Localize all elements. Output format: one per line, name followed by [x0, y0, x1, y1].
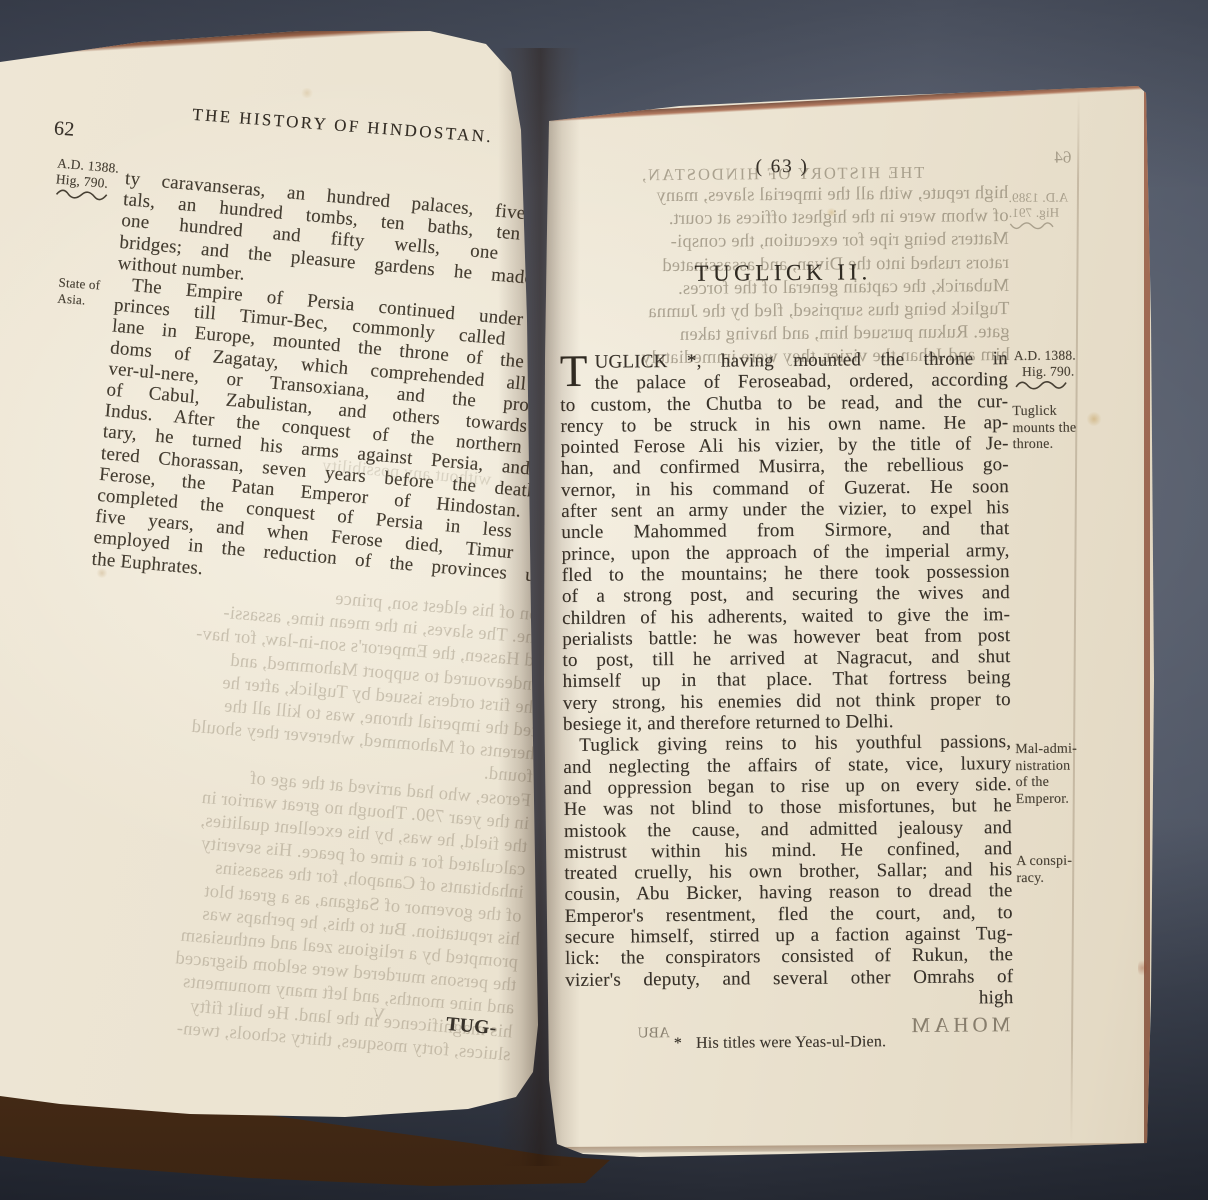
- ghost-page-number: 64: [1054, 148, 1072, 168]
- page-header: ( 63 ): [556, 154, 1008, 180]
- text-line: high: [565, 987, 1013, 1012]
- page-edge: [556, 1143, 1148, 1153]
- margin-note-throne: Tuglickmounts thethrone.: [1012, 403, 1076, 453]
- catchword: TUG-: [445, 1014, 497, 1040]
- text-line: very strong, his enemies did not think p…: [563, 689, 1011, 714]
- page-edge: [549, 83, 1145, 122]
- margin-note-maladministration: Mal-admi-nistrationof theEmperor.: [1015, 741, 1077, 808]
- right-page-body-text: T UGLICK *, having mounted the throne in…: [560, 348, 1014, 1012]
- show-through-ghost-text: son of his eldest son, princeone. The sl…: [101, 572, 547, 1067]
- page-number: 62: [53, 117, 75, 141]
- page-edge: [0, 19, 485, 57]
- running-head: THE HISTORY OF HINDOSTAN.: [192, 105, 494, 148]
- text-line: Mal-admi-: [1015, 741, 1077, 758]
- text-line: A conspi-: [1016, 854, 1072, 871]
- margin-note-lines: A.D. 1388.Hig, 790.: [55, 155, 119, 191]
- chapter-heading: TUGLICK II.: [557, 258, 1009, 288]
- ghost-margin-lines: A.D. 1389.Hig. 791.: [1008, 190, 1068, 221]
- margin-note-date: A.D. 1388. Hig. 790.: [1014, 347, 1076, 390]
- text-line: mounts the: [1012, 420, 1076, 437]
- footnote: *His titles were Yeas-ul-Dien.: [674, 1033, 887, 1053]
- text-line: of the: [1015, 774, 1077, 791]
- margin-note-conspiracy: A conspi-racy.: [1016, 854, 1072, 887]
- text-line: nistration: [1015, 758, 1077, 775]
- text-line: vizier's deputy, and several other Omrah…: [565, 966, 1013, 991]
- margin-note-lines: State ofAsia.: [57, 275, 101, 309]
- margin-note-state: State ofAsia.: [57, 275, 101, 309]
- text-line: Asia.: [57, 290, 100, 308]
- text-line: Emperor.: [1016, 791, 1078, 808]
- footnote-text: His titles were Yeas-ul-Dien.: [696, 1033, 886, 1052]
- right-page-content: THE HISTORY OF HINDOSTAN, 64 A.D. 1389.H…: [556, 145, 1164, 1070]
- margin-note-line: A.D. 1388.: [1014, 347, 1076, 363]
- text-line: A.D. 1389.: [1008, 190, 1068, 206]
- ghost-margin-note: A.D. 1389.Hig. 791.: [1008, 190, 1068, 231]
- text-line: racy.: [1016, 870, 1072, 887]
- margin-note-line: Hig. 790.: [1014, 363, 1076, 379]
- left-page-body-text: ty caravanseras, an hundred palaces, fiv…: [91, 168, 596, 610]
- ghost-flourish-ornament: [1009, 221, 1055, 230]
- text-line: throne.: [1013, 436, 1077, 453]
- drop-cap: T: [560, 353, 588, 391]
- footnote-marker: *: [674, 1035, 682, 1052]
- flourish-ornament: [1014, 380, 1068, 390]
- paper-stain: [300, 88, 314, 98]
- text-line: Tuglick: [1012, 403, 1076, 420]
- margin-note-date: A.D. 1388.Hig, 790.: [54, 155, 119, 202]
- photo-of-open-book: 62 THE HISTORY OF HINDOSTAN. A.D. 1388.H…: [0, 0, 1208, 1200]
- ghost-word-fragment: MOHAM: [908, 1012, 1011, 1038]
- ghost-word-fragment: ABU: [638, 1025, 670, 1042]
- text-line: Hig. 791.: [1008, 205, 1068, 221]
- ghost-signature-mark: V: [371, 1003, 386, 1025]
